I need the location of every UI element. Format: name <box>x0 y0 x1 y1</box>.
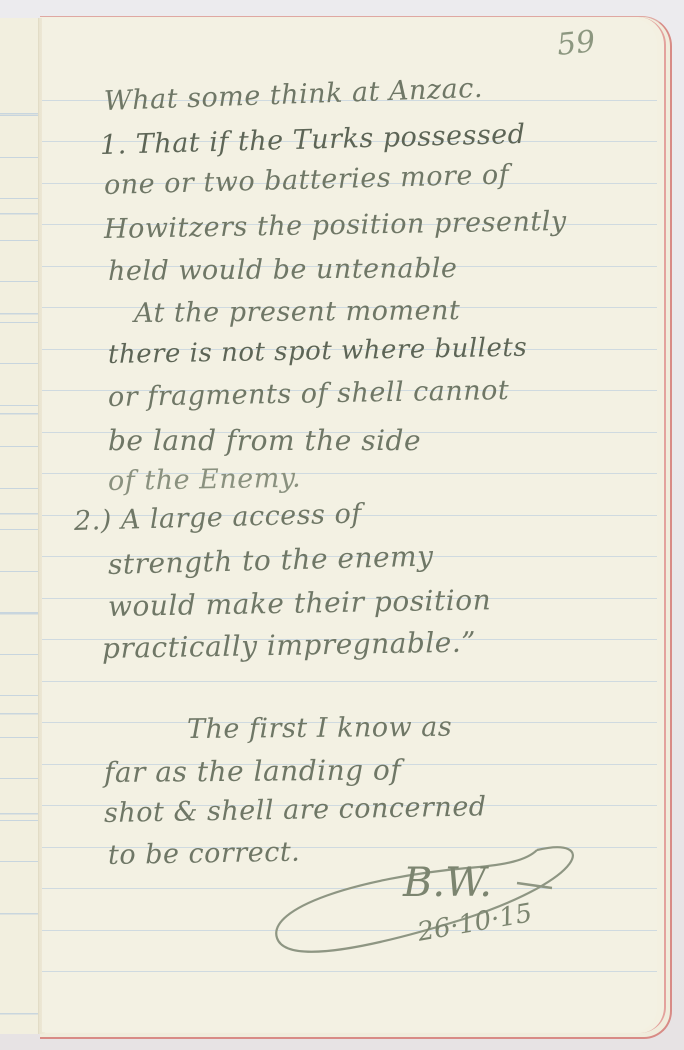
handwritten-line: held would be untenable <box>108 253 458 287</box>
handwritten-line: of the Enemy. <box>108 463 302 497</box>
handwritten-line: far as the landing of <box>104 753 401 789</box>
handwritten-line: The first I know as <box>187 712 452 745</box>
notebook-page: 59 What some think at Anzac. 1. That if … <box>42 18 657 1032</box>
left-page-rules <box>0 18 42 1034</box>
signature-initials: B.W. <box>403 860 492 906</box>
page-number: 59 <box>555 24 597 63</box>
handwritten-line: would make their position <box>108 583 492 623</box>
handwritten-line: be land from the side <box>108 424 421 457</box>
scan-background: 59 What some think at Anzac. 1. That if … <box>0 0 684 1050</box>
handwritten-line: practically impregnable.” <box>102 625 477 665</box>
handwritten-line: At the present moment <box>134 295 461 329</box>
signature-block: B.W. 26·10·15 <box>267 838 607 968</box>
left-page-edge <box>0 18 42 1034</box>
